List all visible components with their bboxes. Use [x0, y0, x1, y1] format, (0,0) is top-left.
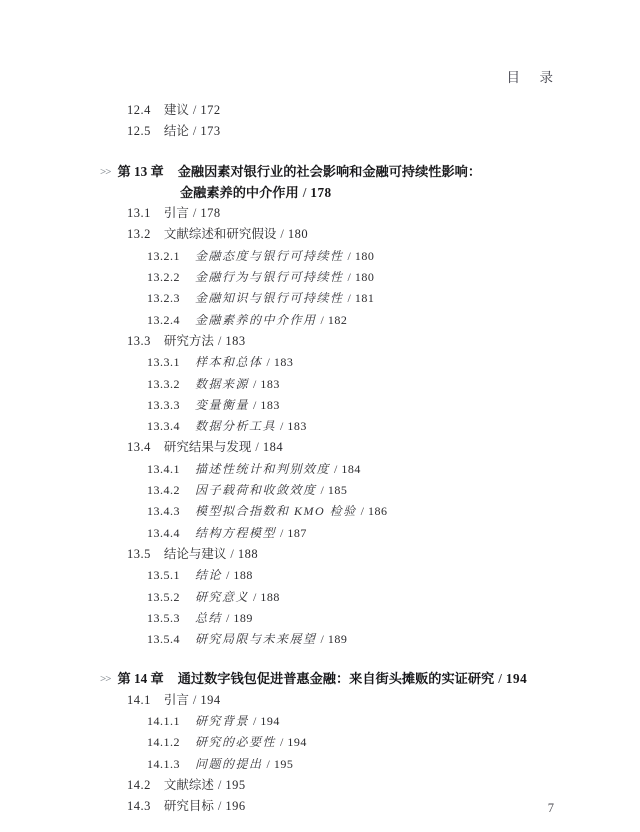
toc-entry: 13.2文献综述和研究假设/180	[100, 224, 600, 245]
entry-page: 180	[355, 270, 375, 284]
entry-number: 13.3.2	[147, 377, 180, 391]
chapter-marker-icon: >>	[100, 166, 111, 178]
chapter-heading: >>第 14 章通过数字钱包促进普惠金融：来自街头摊贩的实证研究/194	[100, 668, 600, 689]
entry-page: 194	[287, 735, 307, 749]
entry-page: 188	[238, 547, 258, 561]
toc-entry: 13.5.1结论/188	[100, 565, 600, 586]
entry-title: 模型拟合指数和 KMO 检验	[195, 504, 357, 518]
separator: /	[321, 632, 324, 646]
entry-number: 13.2.1	[147, 249, 180, 263]
toc-entry: 13.5.2研究意义/188	[100, 587, 600, 608]
entry-page: 195	[274, 757, 294, 771]
entry-title: 变量衡量	[195, 398, 249, 412]
entry-title: 问题的提出	[195, 757, 263, 771]
entry-number: 13.5.1	[147, 568, 180, 582]
entry-number: 13.3	[127, 334, 151, 348]
chapter-page: 178	[310, 185, 331, 200]
chapter-title: 通过数字钱包促进普惠金融：来自街头摊贩的实证研究	[178, 671, 495, 686]
entry-number: 13.5	[127, 547, 151, 561]
separator: /	[334, 462, 337, 476]
chapter-title-line2: 金融素养的中介作用	[180, 185, 299, 200]
chapter-title: 金融因素对银行业的社会影响和金融可持续性影响：	[178, 164, 481, 179]
toc-entry: 13.2.4金融素养的中介作用/182	[100, 310, 600, 331]
entry-title: 数据来源	[195, 377, 249, 391]
entry-page: 180	[288, 227, 308, 241]
entry-number: 13.4	[127, 440, 151, 454]
entry-title: 研究局限与未来展望	[195, 632, 317, 646]
toc-entry: 13.3.1样本和总体/183	[100, 352, 600, 373]
separator: /	[267, 757, 270, 771]
separator: /	[348, 291, 351, 305]
chapter-heading-continuation: 金融素养的中介作用/178	[100, 182, 600, 203]
entry-number: 13.1	[127, 206, 151, 220]
toc-entry: 13.4.4结构方程模型/187	[100, 523, 600, 544]
entry-number: 12.5	[127, 124, 151, 138]
toc-entry: 13.1引言/178	[100, 203, 600, 224]
entry-number: 13.4.1	[147, 462, 180, 476]
toc-entry: 12.5结论/173	[100, 121, 600, 142]
entry-page: 184	[341, 462, 361, 476]
entry-page: 183	[225, 334, 245, 348]
entry-title: 文献综述	[164, 778, 214, 792]
entry-page: 188	[260, 590, 280, 604]
toc-entry: 14.1.3问题的提出/195	[100, 754, 600, 775]
entry-number: 12.4	[127, 103, 151, 117]
entry-title: 结论与建议	[164, 547, 227, 561]
separator: /	[267, 355, 270, 369]
entry-title: 金融态度与银行可持续性	[195, 249, 344, 263]
toc-entry: 13.4.2因子载荷和收敛效度/185	[100, 480, 600, 501]
entry-number: 13.3.3	[147, 398, 180, 412]
entry-title: 描述性统计和判别效度	[195, 462, 330, 476]
entry-title: 结论	[195, 568, 222, 582]
entry-number: 14.2	[127, 778, 151, 792]
entry-title: 研究的必要性	[195, 735, 276, 749]
entry-number: 14.1.3	[147, 757, 180, 771]
chapter-page: 194	[506, 671, 527, 686]
toc-entry: 13.4.3模型拟合指数和 KMO 检验/186	[100, 501, 600, 522]
entry-page: 172	[200, 103, 220, 117]
entry-title: 金融行为与银行可持续性	[195, 270, 344, 284]
page-number: 7	[548, 801, 554, 816]
running-head: 目 录	[507, 66, 557, 86]
toc-list: 12.4建议/17212.5结论/173>>第 13 章金融因素对银行业的社会影…	[100, 100, 600, 818]
entry-page: 183	[274, 355, 294, 369]
entry-number: 13.2.3	[147, 291, 180, 305]
entry-page: 178	[200, 206, 220, 220]
entry-title: 研究方法	[164, 334, 214, 348]
entry-title: 研究目标	[164, 799, 214, 813]
entry-number: 13.4.3	[147, 504, 180, 518]
separator: /	[218, 334, 221, 348]
separator: /	[255, 440, 258, 454]
separator: /	[253, 590, 256, 604]
toc-entry: 13.2.2金融行为与银行可持续性/180	[100, 267, 600, 288]
entry-page: 183	[260, 398, 280, 412]
toc-page: 目 录 12.4建议/17212.5结论/173>>第 13 章金融因素对银行业…	[0, 0, 640, 832]
separator: /	[361, 504, 364, 518]
entry-page: 180	[355, 249, 375, 263]
entry-page: 194	[200, 693, 220, 707]
entry-page: 183	[287, 419, 307, 433]
entry-title: 引言	[164, 693, 189, 707]
entry-title: 数据分析工具	[195, 419, 276, 433]
entry-page: 189	[233, 611, 253, 625]
toc-entry: 14.1.1研究背景/194	[100, 711, 600, 732]
entry-page: 188	[233, 568, 253, 582]
entry-title: 文献综述和研究假设	[164, 227, 277, 241]
entry-title: 样本和总体	[195, 355, 263, 369]
toc-entry: 13.3.3变量衡量/183	[100, 395, 600, 416]
separator: /	[193, 693, 196, 707]
entry-title: 引言	[164, 206, 189, 220]
separator: /	[280, 419, 283, 433]
entry-page: 196	[225, 799, 245, 813]
entry-page: 189	[328, 632, 348, 646]
separator: /	[226, 611, 229, 625]
separator: /	[193, 103, 196, 117]
entry-number: 14.1.1	[147, 714, 180, 728]
entry-page: 181	[355, 291, 375, 305]
entry-title: 金融知识与银行可持续性	[195, 291, 344, 305]
toc-entry: 13.2.3金融知识与银行可持续性/181	[100, 288, 600, 309]
toc-entry: 14.3研究目标/196	[100, 796, 600, 817]
entry-title: 研究结果与发现	[164, 440, 252, 454]
entry-number: 14.1	[127, 693, 151, 707]
entry-number: 13.3.4	[147, 419, 180, 433]
entry-number: 13.2.2	[147, 270, 180, 284]
entry-number: 13.5.2	[147, 590, 180, 604]
toc-entry: 14.2文献综述/195	[100, 775, 600, 796]
separator: /	[253, 714, 256, 728]
separator: /	[218, 778, 221, 792]
separator: /	[226, 568, 229, 582]
entry-number: 13.5.3	[147, 611, 180, 625]
separator: /	[193, 124, 196, 138]
separator: /	[253, 398, 256, 412]
entry-title: 研究意义	[195, 590, 249, 604]
entry-page: 184	[263, 440, 283, 454]
entry-number: 13.5.4	[147, 632, 180, 646]
toc-entry: 13.5结论与建议/188	[100, 544, 600, 565]
toc-entry: 13.3.4数据分析工具/183	[100, 416, 600, 437]
entry-number: 14.3	[127, 799, 151, 813]
separator: /	[193, 206, 196, 220]
chapter-number: 第 13 章	[118, 164, 164, 179]
entry-number: 14.1.2	[147, 735, 180, 749]
toc-entry: 12.4建议/172	[100, 100, 600, 121]
chapter-marker-icon: >>	[100, 673, 111, 685]
entry-number: 13.4.4	[147, 526, 180, 540]
entry-page: 194	[260, 714, 280, 728]
toc-entry: 13.5.4研究局限与未来展望/189	[100, 629, 600, 650]
separator: /	[253, 377, 256, 391]
chapter-heading: >>第 13 章金融因素对银行业的社会影响和金融可持续性影响：	[100, 161, 600, 182]
entry-page: 182	[328, 313, 348, 327]
entry-number: 13.2.4	[147, 313, 180, 327]
entry-page: 187	[287, 526, 307, 540]
entry-title: 建议	[164, 103, 189, 117]
entry-number: 13.2	[127, 227, 151, 241]
separator: /	[321, 483, 324, 497]
toc-entry: 13.5.3总结/189	[100, 608, 600, 629]
toc-entry: 13.2.1金融态度与银行可持续性/180	[100, 246, 600, 267]
entry-page: 195	[225, 778, 245, 792]
toc-entry: 13.4.1描述性统计和判别效度/184	[100, 459, 600, 480]
entry-page: 186	[368, 504, 388, 518]
entry-page: 173	[200, 124, 220, 138]
entry-page: 185	[328, 483, 348, 497]
separator: /	[230, 547, 233, 561]
separator: /	[280, 227, 283, 241]
entry-number: 13.3.1	[147, 355, 180, 369]
separator: /	[498, 671, 502, 686]
separator: /	[280, 735, 283, 749]
separator: /	[280, 526, 283, 540]
separator: /	[303, 185, 307, 200]
entry-number: 13.4.2	[147, 483, 180, 497]
toc-entry: 13.4研究结果与发现/184	[100, 437, 600, 458]
entry-page: 183	[260, 377, 280, 391]
toc-entry: 14.1引言/194	[100, 690, 600, 711]
entry-title: 金融素养的中介作用	[195, 313, 317, 327]
toc-entry: 14.1.2研究的必要性/194	[100, 732, 600, 753]
entry-title: 研究背景	[195, 714, 249, 728]
entry-title: 结论	[164, 124, 189, 138]
separator: /	[348, 249, 351, 263]
chapter-number: 第 14 章	[118, 671, 164, 686]
separator: /	[321, 313, 324, 327]
entry-title: 结构方程模型	[195, 526, 276, 540]
entry-title: 总结	[195, 611, 222, 625]
entry-title: 因子载荷和收敛效度	[195, 483, 317, 497]
toc-entry: 13.3.2数据来源/183	[100, 374, 600, 395]
separator: /	[348, 270, 351, 284]
separator: /	[218, 799, 221, 813]
toc-entry: 13.3研究方法/183	[100, 331, 600, 352]
